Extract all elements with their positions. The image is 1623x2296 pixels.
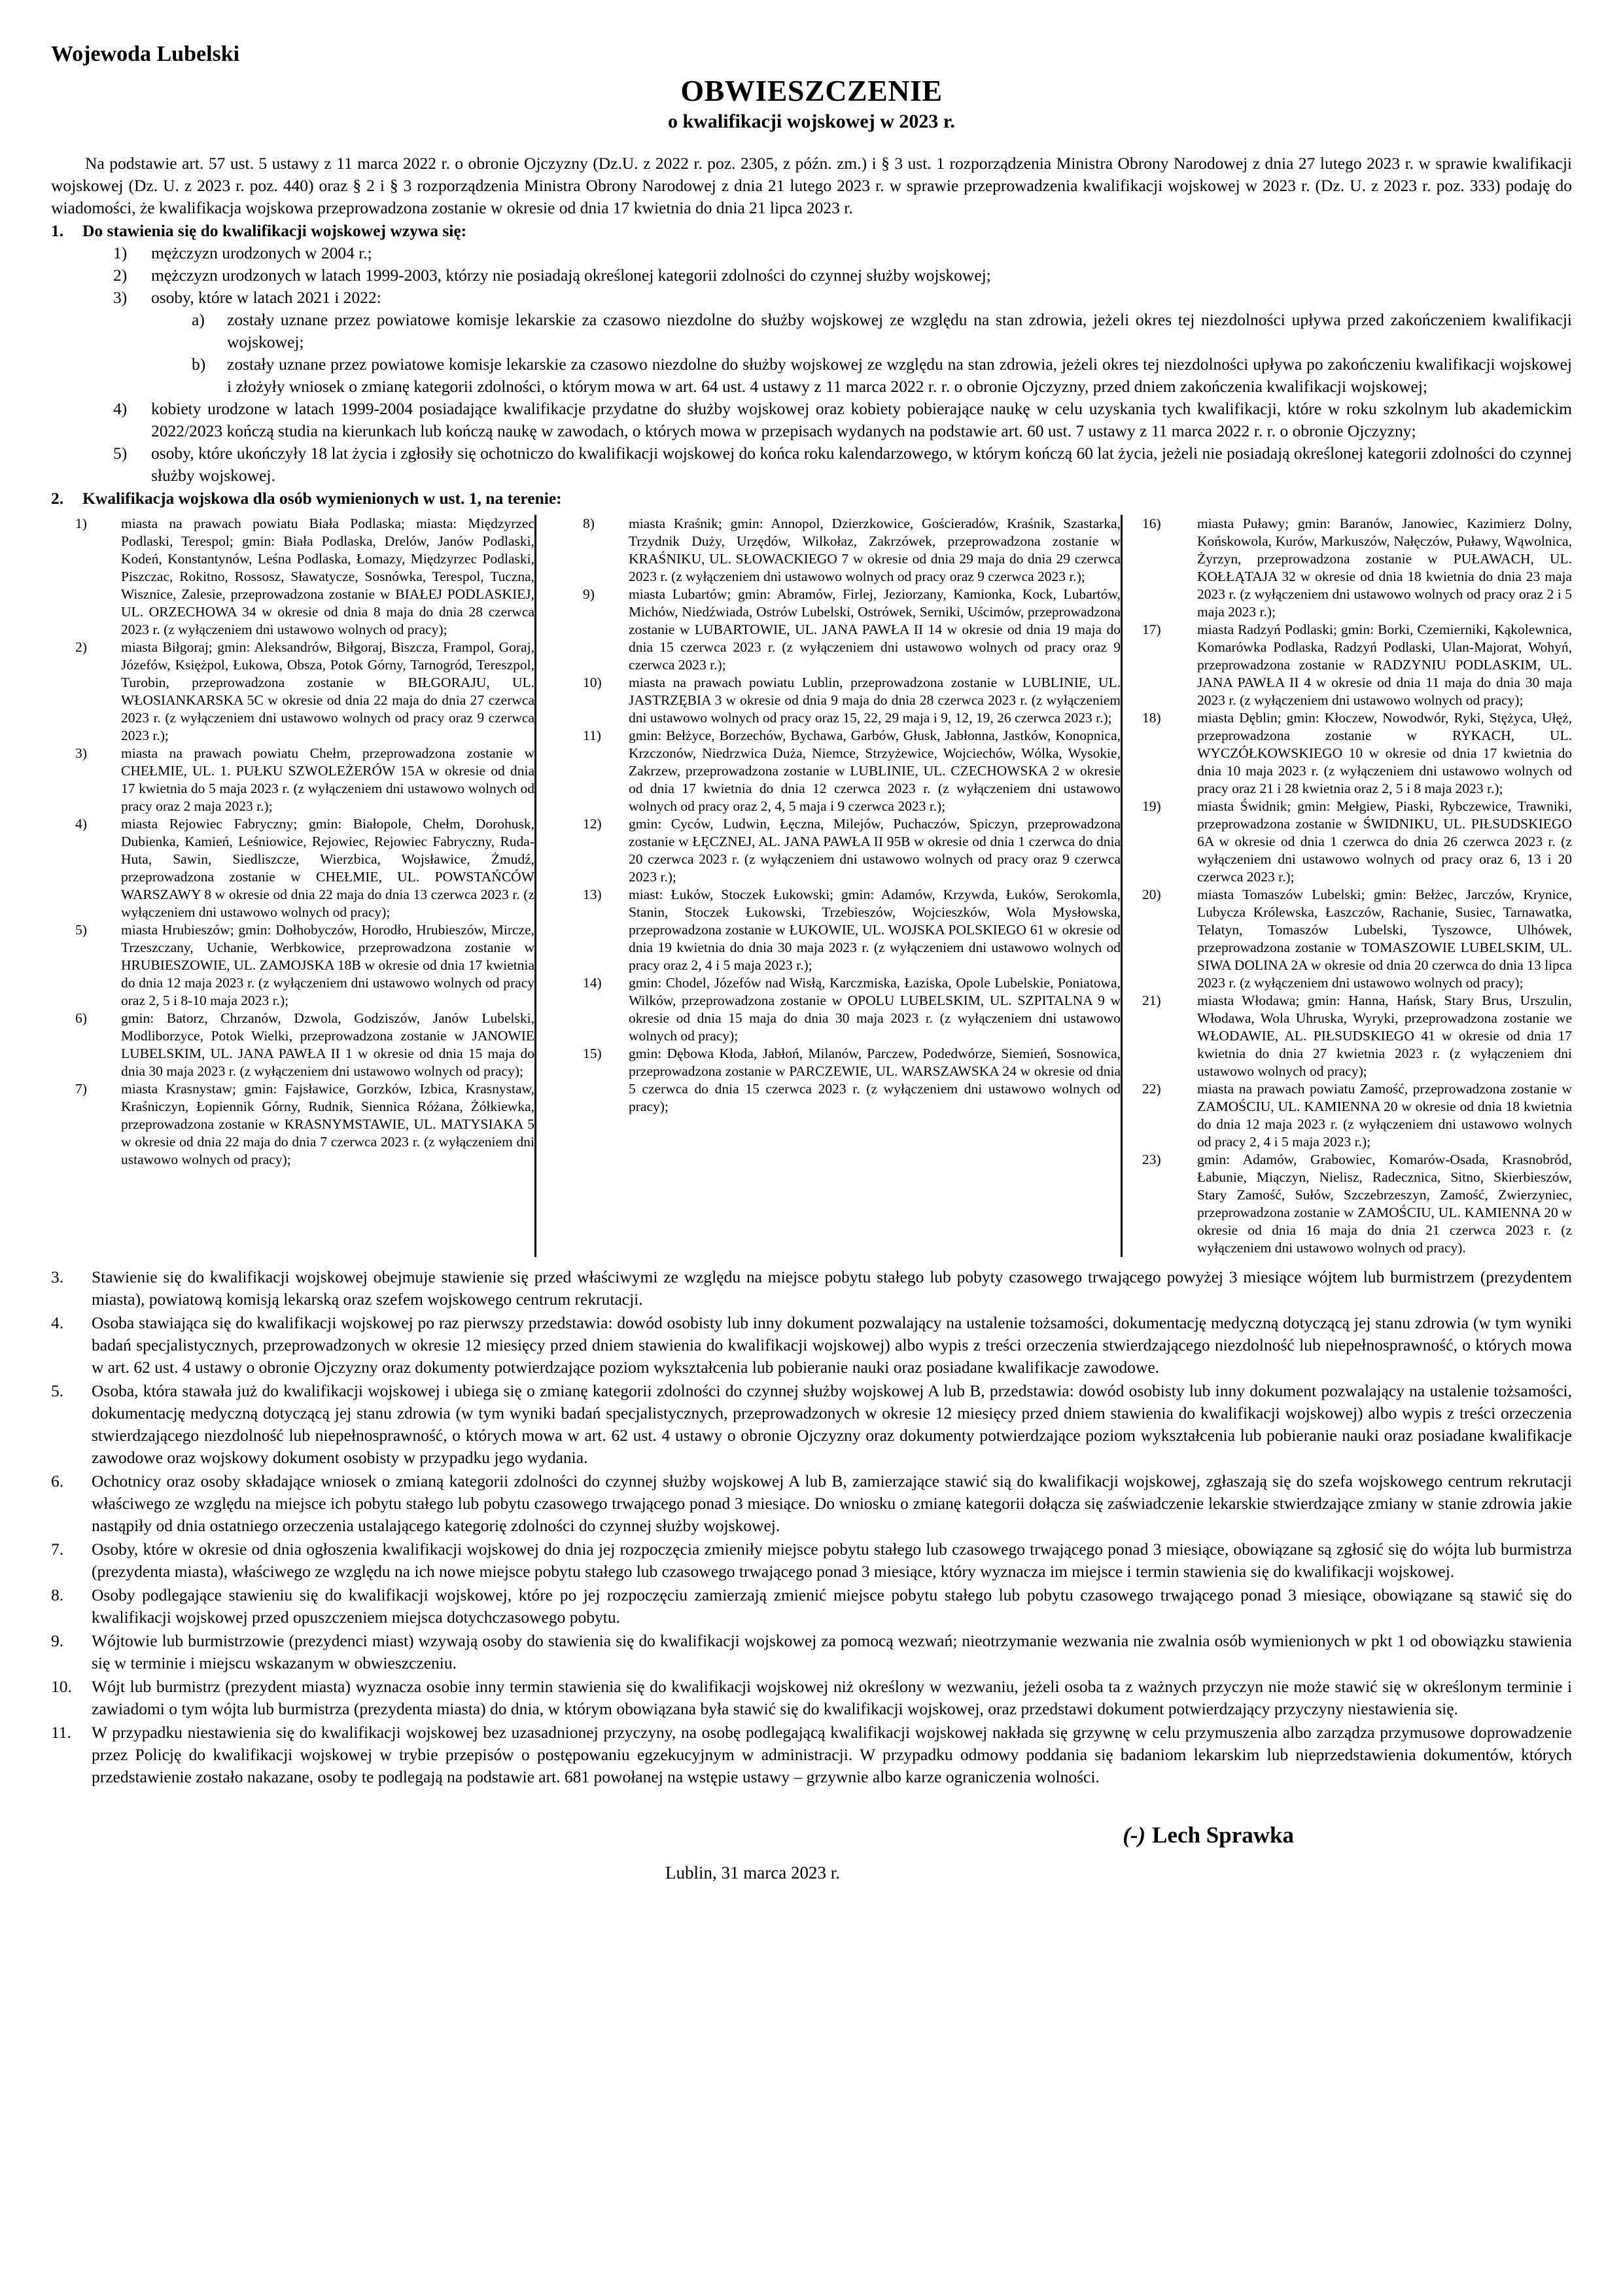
item-text: miasta Puławy; gmin: Baranów, Janowiec, …: [1197, 515, 1572, 621]
paragraph-8: 8.Osoby podlegające stawieniu się do kwa…: [51, 1584, 1572, 1629]
item-text: zostały uznane przez powiatowe komisje l…: [227, 309, 1572, 353]
item-text: osoby, które w latach 2021 i 2022:: [151, 287, 1572, 309]
locations-column-2: 8)miasta Kraśnik; gmin: Annopol, Dzierzk…: [534, 515, 1121, 1257]
paragraph-10: 10.Wójt lub burmistrz (prezydent miasta)…: [51, 1676, 1572, 1720]
list-item: 5) osoby, które ukończyły 18 lat życia i…: [113, 442, 1572, 487]
item-text: gmin: Dębowa Kłoda, Jabłoń, Milanów, Par…: [629, 1045, 1121, 1116]
list-item: 1) mężczyzn urodzonych w 2004 r.;: [113, 242, 1572, 264]
item-number: 18): [1142, 709, 1197, 798]
paragraph-4: 4.Osoba stawiająca się do kwalifikacji w…: [51, 1312, 1572, 1379]
location-item: 10)miasta na prawach powiatu Lublin, prz…: [583, 674, 1121, 727]
location-item: 3)miasta na prawach powiatu Chełm, przep…: [75, 745, 534, 815]
document-title: OBWIESZCZENIE: [51, 73, 1572, 108]
item-text: mężczyzn urodzonych w latach 1999-2003, …: [151, 264, 1572, 287]
location-item: 1)miasta na prawach powiatu Biała Podlas…: [75, 515, 534, 639]
item-text: miasta na prawach powiatu Biała Podlaska…: [121, 515, 534, 639]
signature-name: Lech Sprawka: [1152, 1822, 1294, 1848]
item-text: miasta Biłgoraj; gmin: Aleksandrów, Biłg…: [121, 639, 534, 745]
item-text: gmin: Chodel, Józefów nad Wisłą, Karczmi…: [629, 974, 1121, 1045]
item-text: gmin: Batorz, Chrzanów, Dzwola, Godziszó…: [121, 1010, 534, 1080]
item-text: miasta na prawach powiatu Chełm, przepro…: [121, 745, 534, 815]
item-text: miasta Krasnystaw; gmin: Fajsławice, Gor…: [121, 1080, 534, 1169]
location-item: 5)miasta Hrubieszów; gmin: Dołhobyczów, …: [75, 921, 534, 1010]
section-1-heading-row: 1. Do stawienia się do kwalifikacji wojs…: [51, 220, 1572, 242]
location-item: 22)miasta na prawach powiatu Zamość, prz…: [1142, 1080, 1572, 1151]
document-subtitle: o kwalifikacji wojskowej w 2023 r.: [51, 111, 1572, 133]
item-number: 2): [113, 264, 151, 287]
item-number: 10): [583, 674, 629, 727]
item-letter: b): [192, 353, 227, 398]
paragraph-11: 11.W przypadku niestawienia się do kwali…: [51, 1722, 1572, 1788]
location-item: 4)miasta Rejowiec Fabryczny; gmin: Biało…: [75, 815, 534, 921]
signature: (-)Lech Sprawka: [51, 1822, 1572, 1848]
location-item: 7)miasta Krasnystaw; gmin: Fajsławice, G…: [75, 1080, 534, 1169]
item-number: 7): [75, 1080, 121, 1169]
item-text: miasta Hrubieszów; gmin: Dołhobyczów, Ho…: [121, 921, 534, 1010]
section-2-heading-row: 2. Kwalifikacja wojskowa dla osób wymien…: [51, 487, 1572, 510]
location-item: 13)miast: Łuków, Stoczek Łukowski; gmin:…: [583, 886, 1121, 974]
item-text: miasta Świdnik; gmin: Mełgiew, Piaski, R…: [1197, 798, 1572, 886]
item-number: 15): [583, 1045, 629, 1116]
paragraph-9: 9.Wójtowie lub burmistrzowie (prezydenci…: [51, 1630, 1572, 1674]
location-item: 21)miasta Włodawa; gmin: Hanna, Hańsk, S…: [1142, 992, 1572, 1080]
item-text: miasta na prawach powiatu Lublin, przepr…: [629, 674, 1121, 727]
item-number: 13): [583, 886, 629, 974]
item-text: mężczyzn urodzonych w 2004 r.;: [151, 242, 1572, 264]
item-text: kobiety urodzone w latach 1999-2004 posi…: [151, 398, 1572, 442]
paragraph-text: Stawienie się do kwalifikacji wojskowej …: [92, 1266, 1572, 1311]
location-item: 8)miasta Kraśnik; gmin: Annopol, Dzierzk…: [583, 515, 1121, 586]
sub-list-item: a) zostały uznane przez powiatowe komisj…: [192, 309, 1572, 353]
item-number: 23): [1142, 1151, 1197, 1257]
item-text: gmin: Adamów, Grabowiec, Komarów-Osada, …: [1197, 1151, 1572, 1257]
location-item: 17)miasta Radzyń Podlaski; gmin: Borki, …: [1142, 621, 1572, 709]
item-number: 21): [1142, 992, 1197, 1080]
closing-paragraphs: 3.Stawienie się do kwalifikacji wojskowe…: [51, 1266, 1572, 1788]
item-number: 4): [113, 398, 151, 442]
locations-column-3: 16)miasta Puławy; gmin: Baranów, Janowie…: [1121, 515, 1572, 1257]
item-text: miasta Kraśnik; gmin: Annopol, Dzierzkow…: [629, 515, 1121, 586]
paragraph-number: 4.: [51, 1312, 92, 1379]
location-item: 16)miasta Puławy; gmin: Baranów, Janowie…: [1142, 515, 1572, 621]
item-number: 6): [75, 1010, 121, 1080]
location-item: 23)gmin: Adamów, Grabowiec, Komarów-Osad…: [1142, 1151, 1572, 1257]
paragraph-number: 7.: [51, 1538, 92, 1583]
paragraph-number: 6.: [51, 1470, 92, 1537]
paragraph-text: Wójtowie lub burmistrzowie (prezydenci m…: [92, 1630, 1572, 1674]
announcement-document: Wojewoda Lubelski OBWIESZCZENIE o kwalif…: [0, 0, 1623, 2296]
item-number: 14): [583, 974, 629, 1045]
item-number: 5): [75, 921, 121, 1010]
paragraph-5: 5.Osoba, która stawała już do kwalifikac…: [51, 1380, 1572, 1469]
item-text: miasta Rejowiec Fabryczny; gmin: Białopo…: [121, 815, 534, 921]
list-item: 4) kobiety urodzone w latach 1999-2004 p…: [113, 398, 1572, 442]
item-number: 5): [113, 442, 151, 487]
paragraph-text: Ochotnicy oraz osoby składające wniosek …: [92, 1470, 1572, 1537]
item-number: 3): [75, 745, 121, 815]
item-text: zostały uznane przez powiatowe komisje l…: [227, 353, 1572, 398]
paragraph-number: 11.: [51, 1722, 92, 1788]
location-item: 2)miasta Biłgoraj; gmin: Aleksandrów, Bi…: [75, 639, 534, 745]
item-number: 22): [1142, 1080, 1197, 1151]
issuer: Wojewoda Lubelski: [51, 42, 1572, 67]
paragraph-number: 9.: [51, 1630, 92, 1674]
item-number: 1): [113, 242, 151, 264]
list-item: 2) mężczyzn urodzonych w latach 1999-200…: [113, 264, 1572, 287]
location-item: 6)gmin: Batorz, Chrzanów, Dzwola, Godzis…: [75, 1010, 534, 1080]
item-text: miasta Włodawa; gmin: Hanna, Hańsk, Star…: [1197, 992, 1572, 1080]
locations-column-1: 1)miasta na prawach powiatu Biała Podlas…: [51, 515, 534, 1257]
paragraph-6: 6.Ochotnicy oraz osoby składające wniose…: [51, 1470, 1572, 1537]
item-text: gmin: Cyców, Ludwin, Łęczna, Milejów, Pu…: [629, 815, 1121, 886]
location-item: 12)gmin: Cyców, Ludwin, Łęczna, Milejów,…: [583, 815, 1121, 886]
item-number: 20): [1142, 886, 1197, 992]
signature-mark: (-): [1123, 1822, 1145, 1848]
item-text: miasta Tomaszów Lubelski; gmin: Bełżec, …: [1197, 886, 1572, 992]
item-letter: a): [192, 309, 227, 353]
section-1-heading: Do stawienia się do kwalifikacji wojskow…: [82, 220, 1572, 242]
section-2-heading: Kwalifikacja wojskowa dla osób wymienion…: [82, 487, 1572, 510]
item-number: 12): [583, 815, 629, 886]
location-item: 18)miasta Dęblin; gmin: Kłoczew, Nowodwó…: [1142, 709, 1572, 798]
item-number: 2): [75, 639, 121, 745]
item-number: 9): [583, 586, 629, 674]
paragraph-7: 7.Osoby, które w okresie od dnia ogłosze…: [51, 1538, 1572, 1583]
location-item: 15)gmin: Dębowa Kłoda, Jabłoń, Milanów, …: [583, 1045, 1121, 1116]
item-number: 1): [75, 515, 121, 639]
section-1-number: 1.: [51, 220, 82, 242]
intro-paragraph: Na podstawie art. 57 ust. 5 ustawy z 11 …: [51, 152, 1572, 219]
item-text: miasta na prawach powiatu Zamość, przepr…: [1197, 1080, 1572, 1151]
section-2-number: 2.: [51, 487, 82, 510]
item-text: miast: Łuków, Stoczek Łukowski; gmin: Ad…: [629, 886, 1121, 974]
item-text: miasta Radzyń Podlaski; gmin: Borki, Cze…: [1197, 621, 1572, 709]
paragraph-text: Wójt lub burmistrz (prezydent miasta) wy…: [92, 1676, 1572, 1720]
paragraph-number: 10.: [51, 1676, 92, 1720]
place-date: Lublin, 31 marca 2023 r.: [51, 1863, 1454, 1883]
item-body: osoby, które w latach 2021 i 2022: a) zo…: [151, 287, 1572, 398]
paragraph-number: 5.: [51, 1380, 92, 1469]
item-text: miasta Lubartów; gmin: Abramów, Firlej, …: [629, 586, 1121, 674]
paragraph-text: Osoby podlegające stawieniu się do kwali…: [92, 1584, 1572, 1629]
item-text: osoby, które ukończyły 18 lat życia i zg…: [151, 442, 1572, 487]
item-number: 19): [1142, 798, 1197, 886]
paragraph-text: Osoba stawiająca się do kwalifikacji woj…: [92, 1312, 1572, 1379]
location-item: 9)miasta Lubartów; gmin: Abramów, Firlej…: [583, 586, 1121, 674]
locations-columns: 1)miasta na prawach powiatu Biała Podlas…: [51, 515, 1572, 1257]
location-item: 19)miasta Świdnik; gmin: Mełgiew, Piaski…: [1142, 798, 1572, 886]
item-text: miasta Dęblin; gmin: Kłoczew, Nowodwór, …: [1197, 709, 1572, 798]
sub-list-item: b) zostały uznane przez powiatowe komisj…: [192, 353, 1572, 398]
paragraph-text: Osoba, która stawała już do kwalifikacji…: [92, 1380, 1572, 1469]
item-number: 8): [583, 515, 629, 586]
location-item: 14)gmin: Chodel, Józefów nad Wisłą, Karc…: [583, 974, 1121, 1045]
paragraph-3: 3.Stawienie się do kwalifikacji wojskowe…: [51, 1266, 1572, 1311]
item-number: 3): [113, 287, 151, 398]
item-number: 16): [1142, 515, 1197, 621]
location-item: 11)gmin: Bełżyce, Borzechów, Bychawa, Ga…: [583, 727, 1121, 815]
paragraph-number: 3.: [51, 1266, 92, 1311]
item-text: gmin: Bełżyce, Borzechów, Bychawa, Garbó…: [629, 727, 1121, 815]
item-number: 11): [583, 727, 629, 815]
item-number: 17): [1142, 621, 1197, 709]
list-item: 3) osoby, które w latach 2021 i 2022: a)…: [113, 287, 1572, 398]
paragraph-text: Osoby, które w okresie od dnia ogłoszeni…: [92, 1538, 1572, 1583]
location-item: 20)miasta Tomaszów Lubelski; gmin: Bełże…: [1142, 886, 1572, 992]
paragraph-number: 8.: [51, 1584, 92, 1629]
paragraph-text: W przypadku niestawienia się do kwalifik…: [92, 1722, 1572, 1788]
item-number: 4): [75, 815, 121, 921]
